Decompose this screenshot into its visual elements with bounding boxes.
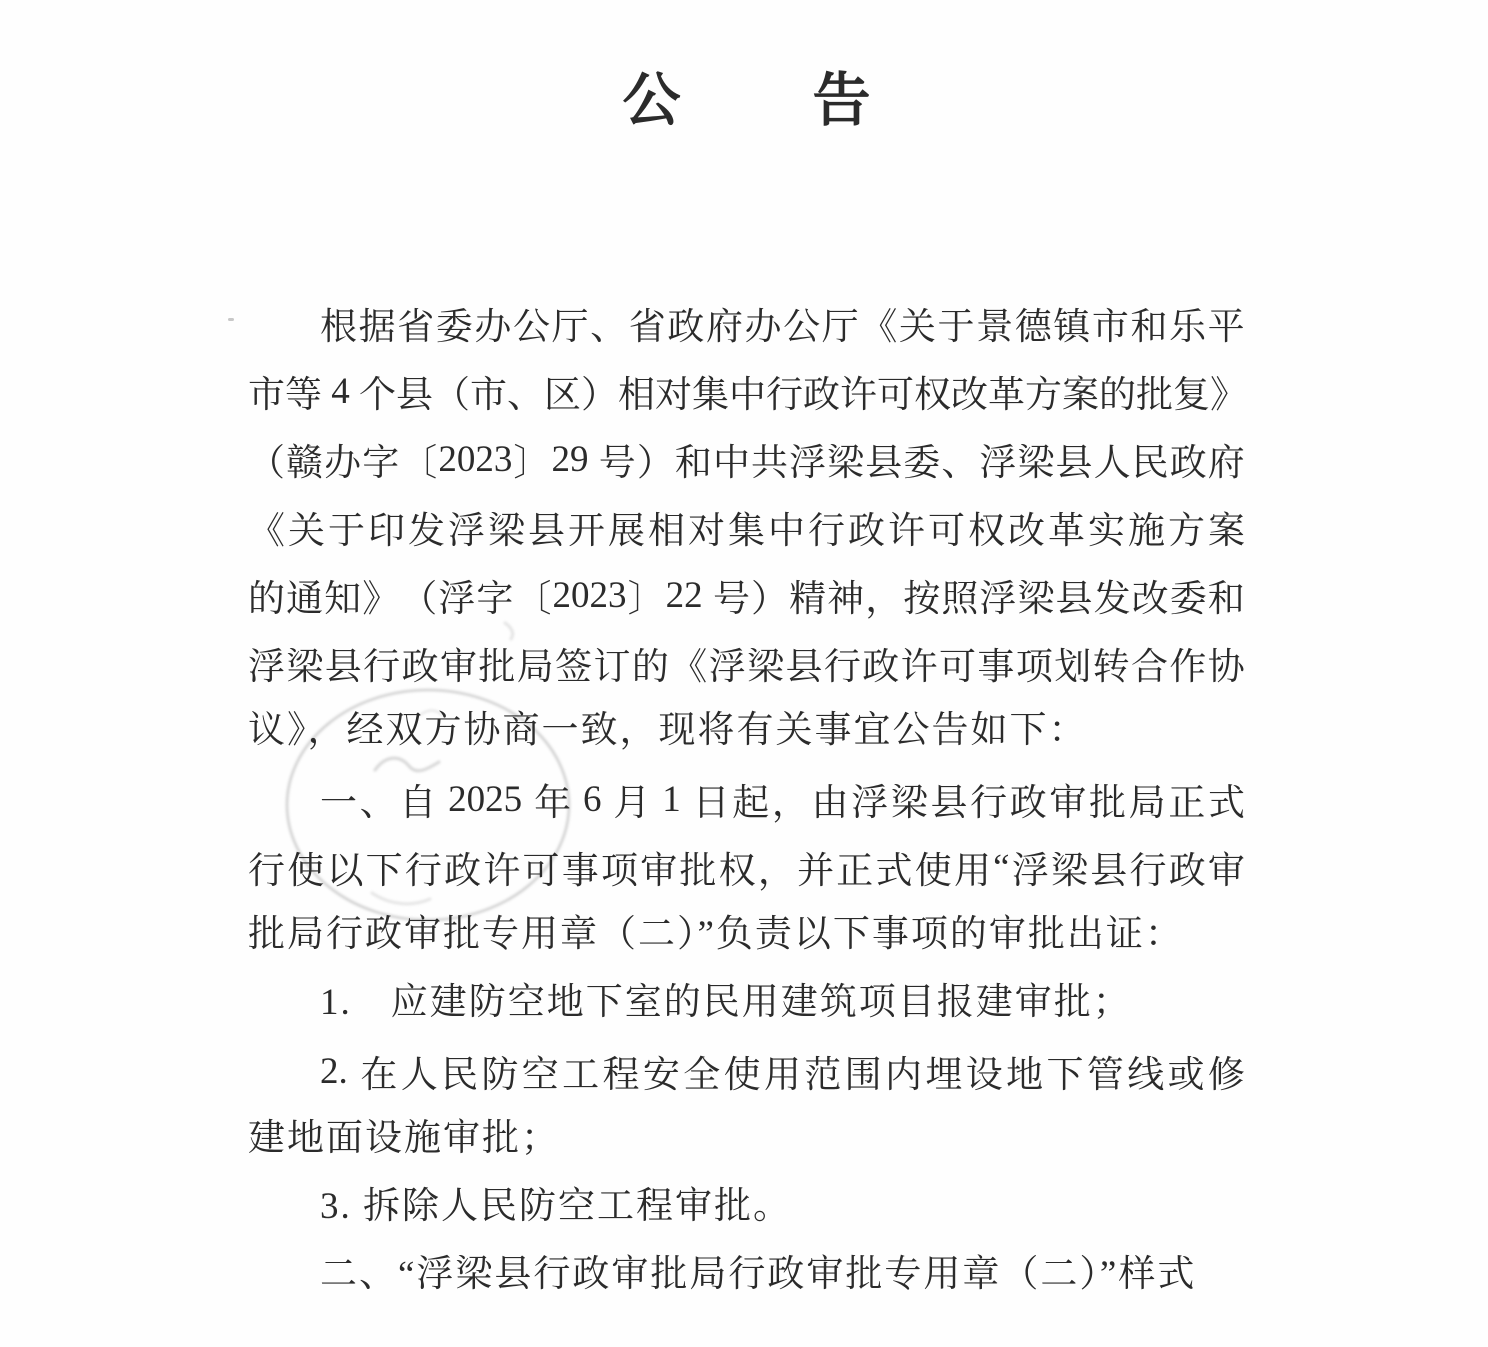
text-token: 县: [930, 772, 967, 826]
text-token: ）: [751, 568, 788, 622]
text-token: 一: [320, 772, 357, 826]
text-token: 行: [970, 772, 1007, 826]
text-token: 改: [951, 364, 988, 418]
text-token: 审: [440, 636, 477, 690]
text-token: 梁: [488, 500, 525, 554]
text-token: 人: [1094, 432, 1131, 486]
text-token: 景: [976, 296, 1013, 350]
text-token: 关: [288, 500, 325, 554]
text-token: 》: [1210, 364, 1247, 418]
text-token: 浮: [979, 432, 1016, 486]
text-line: 3. 拆除人民防空工程审批。: [248, 1173, 1245, 1241]
text-token: 平: [1208, 296, 1245, 350]
text-token: 梁: [1017, 432, 1054, 486]
text-token: 权: [719, 840, 756, 894]
text-token: 22: [666, 574, 712, 617]
text-token: 委: [903, 432, 940, 486]
text-token: 〔: [514, 568, 551, 622]
text-token: 防: [481, 1044, 518, 1098]
text-token: 公: [513, 296, 550, 350]
text-token: 审: [1049, 772, 1086, 826]
text-token: 用: [764, 1044, 801, 1098]
text-token: 相: [618, 364, 655, 418]
text-line: 的通知》（浮字〔2023〕22 号）精神，按照浮梁县发改委和: [248, 561, 1245, 629]
text-token: ）: [637, 432, 674, 486]
text-token: 公: [783, 296, 820, 350]
text-token: 县: [528, 500, 565, 554]
text-token: 县: [1056, 432, 1093, 486]
text-token: 实: [1088, 500, 1125, 554]
text-token: 案: [1062, 364, 1099, 418]
text-token: 对: [688, 500, 725, 554]
text-token: 许: [840, 364, 877, 418]
text-token: 许: [483, 840, 520, 894]
text-token: 政: [1170, 432, 1207, 486]
text-token: 办: [745, 296, 782, 350]
text-token: 乐: [1169, 296, 1206, 350]
text-token: 政: [402, 636, 439, 690]
text-token: 行: [824, 636, 861, 690]
text-token: 号: [713, 568, 750, 622]
text-token: 市: [1092, 296, 1129, 350]
text-token: 》: [362, 568, 399, 622]
text-token: 程: [603, 1044, 640, 1098]
text-token: 全: [683, 1044, 720, 1098]
text-token: 府: [1208, 432, 1245, 486]
text-token: 关: [899, 296, 936, 350]
document-body: 根据省委办公厅、省政府办公厅《关于景德镇市和乐平市等 4 个县（市、区）相对集中…: [248, 289, 1245, 1309]
text-token: 批: [478, 636, 515, 690]
text-token: 办: [474, 296, 511, 350]
text-line: 市等 4 个县（市、区）相对集中行政许可权改革方案的批复》: [248, 357, 1245, 425]
text-token: 用: [954, 840, 991, 894]
text-token: ）: [581, 364, 618, 418]
text-token: 批: [679, 840, 716, 894]
text-token: 月: [613, 772, 650, 826]
text-token: 和: [1130, 296, 1167, 350]
text-token: 个: [359, 364, 396, 418]
text-token: 29: [551, 438, 597, 481]
text-token: 权: [968, 500, 1005, 554]
text-token: 号: [599, 432, 636, 486]
text-token: 展: [608, 500, 645, 554]
text-token: 《: [860, 296, 897, 350]
text-line: 议》，经双方协商一致，现将有关事宜公告如下：: [248, 697, 1245, 765]
text-token: 2023: [553, 574, 627, 617]
page-title: 公 告: [248, 72, 1245, 130]
text-token: 围: [845, 1044, 882, 1098]
text-token: 梁: [1051, 840, 1088, 894]
text-token: 改: [1008, 500, 1045, 554]
text-token: 施: [1128, 500, 1165, 554]
text-token: 案: [1208, 500, 1245, 554]
text-token: 政: [803, 364, 840, 418]
text-token: 据: [359, 296, 396, 350]
text-token: 批: [1136, 364, 1173, 418]
text-token: 浮: [789, 432, 826, 486]
text-token: 合: [1131, 636, 1168, 690]
text-token: 许: [901, 636, 938, 690]
text-token: 方: [1168, 500, 1205, 554]
text-token: ，: [758, 840, 795, 894]
text-token: 以: [326, 840, 363, 894]
text-token: 梁: [1017, 568, 1054, 622]
text-token: （: [248, 432, 285, 486]
text-token: 浮: [979, 568, 1016, 622]
text-token: 局: [1129, 772, 1166, 826]
text-token: 发: [1094, 568, 1131, 622]
text-token: 审: [1208, 840, 1245, 894]
text-token: 改: [1132, 568, 1169, 622]
text-token: 可: [523, 840, 560, 894]
text-token: 开: [568, 500, 605, 554]
text-token: 市: [470, 364, 507, 418]
text-token: 县: [865, 432, 902, 486]
text-token: 字: [476, 568, 513, 622]
text-token: 划: [1054, 636, 1091, 690]
announcement-document: 公 告 根据省委办公厅、省政府办公厅《关于景德镇市和乐平市等 4 个县（市、区）…: [0, 0, 1488, 1347]
text-token: 作: [1169, 636, 1206, 690]
text-token: 6: [574, 778, 611, 821]
text-token: 由: [812, 772, 849, 826]
text-token: 德: [1015, 296, 1052, 350]
title-char: 公: [622, 72, 680, 130]
text-token: 县: [1056, 568, 1093, 622]
text-token: 审: [640, 840, 677, 894]
text-token: 政: [444, 840, 481, 894]
text-token: 空: [522, 1044, 559, 1098]
text-line: 行使以下行政许可事项审批权，并正式使用“浮梁县行政审: [248, 833, 1245, 901]
text-token: 县: [396, 364, 433, 418]
text-token: 行: [363, 636, 400, 690]
text-token: 、: [507, 364, 544, 418]
text-token: 使: [287, 840, 324, 894]
text-token: 革: [1048, 500, 1085, 554]
text-token: 工: [562, 1044, 599, 1098]
text-token: 的: [632, 636, 669, 690]
text-token: 事: [977, 636, 1014, 690]
text-token: 4: [322, 370, 359, 413]
text-token: 许: [888, 500, 925, 554]
text-token: 印: [368, 500, 405, 554]
text-token: 批: [1089, 772, 1126, 826]
text-token: 使: [915, 840, 952, 894]
text-token: 式: [876, 840, 913, 894]
text-token: 神: [827, 568, 864, 622]
text-token: 下: [1046, 1044, 1083, 1098]
text-token: 于: [938, 296, 975, 350]
text-token: 按: [903, 568, 940, 622]
text-token: 或: [1168, 1044, 1205, 1098]
text-token: 下: [366, 840, 403, 894]
text-token: 集: [692, 364, 729, 418]
text-token: 复: [1173, 364, 1210, 418]
text-token: 中: [768, 500, 805, 554]
text-token: 的: [248, 568, 285, 622]
text-token: 项: [601, 840, 638, 894]
text-token: 浮: [248, 636, 285, 690]
text-token: 政: [1169, 840, 1206, 894]
text-token: 区: [544, 364, 581, 418]
text-token: 共: [751, 432, 788, 486]
text-token: 、: [360, 772, 397, 826]
text-line: 1. 应建防空地下室的民用建筑项目报建审批；: [248, 969, 1245, 1037]
text-token: 和: [1208, 568, 1245, 622]
text-token: 等: [285, 364, 322, 418]
text-token: 项: [1016, 636, 1053, 690]
text-token: “: [993, 846, 1009, 889]
text-token: 浮: [448, 500, 485, 554]
text-token: 精: [789, 568, 826, 622]
text-line: 批局行政审批专用章（二）”负责以下事项的审批出证：: [248, 901, 1245, 969]
text-token: 行: [766, 364, 803, 418]
text-token: 民: [441, 1044, 478, 1098]
text-line: 2. 在人民防空工程安全使用范围内埋设地下管线或修: [248, 1037, 1245, 1105]
text-token: 可: [928, 500, 965, 554]
text-token: ，: [772, 772, 809, 826]
text-token: 对: [655, 364, 692, 418]
text-token: 字: [362, 432, 399, 486]
text-token: 浮: [851, 772, 888, 826]
text-token: 方: [1025, 364, 1062, 418]
text-token: 相: [648, 500, 685, 554]
text-token: 镇: [1053, 296, 1090, 350]
text-token: 发: [408, 500, 445, 554]
text-token: 中: [729, 364, 766, 418]
text-token: 中: [713, 432, 750, 486]
text-token: 政: [848, 500, 885, 554]
text-token: 事: [562, 840, 599, 894]
text-token: 县: [325, 636, 362, 690]
text-token: 行: [808, 500, 845, 554]
text-token: 的: [1099, 364, 1136, 418]
text-token: 在: [360, 1044, 397, 1098]
text-token: 安: [643, 1044, 680, 1098]
text-token: 权: [914, 364, 951, 418]
text-token: 浮: [1012, 840, 1049, 894]
text-token: 和: [675, 432, 712, 486]
text-token: 日: [693, 772, 730, 826]
text-token: 使: [724, 1044, 761, 1098]
text-token: （: [400, 568, 437, 622]
text-token: 通: [286, 568, 323, 622]
text-token: 起: [732, 772, 769, 826]
text-token: 管: [1087, 1044, 1124, 1098]
text-token: 浮: [438, 568, 475, 622]
text-token: 正: [836, 840, 873, 894]
text-token: 人: [401, 1044, 438, 1098]
text-token: 可: [939, 636, 976, 690]
title-char: 告: [813, 72, 871, 130]
text-token: 梁: [286, 636, 323, 690]
text-token: 线: [1127, 1044, 1164, 1098]
text-token: 市: [248, 364, 285, 418]
text-token: 《: [248, 500, 285, 554]
text-token: 2025: [439, 778, 532, 821]
text-token: 浮: [709, 636, 746, 690]
text-token: 设: [966, 1044, 1003, 1098]
text-token: 式: [1208, 772, 1245, 826]
text-line: 根据省委办公厅、省政府办公厅《关于景德镇市和乐平: [248, 289, 1245, 357]
text-token: 集: [728, 500, 765, 554]
text-token: 根: [320, 296, 357, 350]
text-token: 县: [1090, 840, 1127, 894]
text-token: 知: [324, 568, 361, 622]
text-token: 县: [785, 636, 822, 690]
text-token: 〔: [400, 432, 437, 486]
text-token: 、: [941, 432, 978, 486]
text-token: 正: [1168, 772, 1205, 826]
text-token: 〕: [628, 568, 665, 622]
text-token: 厅: [552, 296, 589, 350]
text-token: 民: [1132, 432, 1169, 486]
text-token: （: [433, 364, 470, 418]
text-token: 自: [399, 772, 436, 826]
text-token: 范: [804, 1044, 841, 1098]
text-token: 埋: [925, 1044, 962, 1098]
text-token: 《: [670, 636, 707, 690]
text-token: 省: [629, 296, 666, 350]
scan-speck: [228, 318, 234, 321]
text-token: 地: [1006, 1044, 1043, 1098]
text-token: 行: [405, 840, 442, 894]
text-token: 照: [941, 568, 978, 622]
text-token: 转: [1093, 636, 1130, 690]
text-token: 内: [885, 1044, 922, 1098]
text-token: 委: [436, 296, 473, 350]
text-token: 局: [517, 636, 554, 690]
text-token: 革: [988, 364, 1025, 418]
text-token: 协: [1208, 636, 1245, 690]
text-token: 办: [324, 432, 361, 486]
text-token: 政: [667, 296, 704, 350]
text-token: 、: [590, 296, 627, 350]
text-token: 并: [797, 840, 834, 894]
text-token: 修: [1208, 1044, 1245, 1098]
text-token: 政: [862, 636, 899, 690]
text-token: 2.: [320, 1050, 357, 1093]
text-token: 梁: [827, 432, 864, 486]
text-line: 一、自 2025 年 6 月 1 日起，由浮梁县行政审批局正式: [248, 765, 1245, 833]
text-token: 签: [555, 636, 592, 690]
text-token: 府: [706, 296, 743, 350]
text-token: 行: [1129, 840, 1166, 894]
text-token: 梁: [747, 636, 784, 690]
text-line: 浮梁县行政审批局签订的《浮梁县行政许可事项划转合作协: [248, 629, 1245, 697]
text-token: 赣: [286, 432, 323, 486]
text-line: （赣办字〔2023〕29 号）和中共浮梁县委、浮梁县人民政府: [248, 425, 1245, 493]
text-token: 厅: [822, 296, 859, 350]
text-line: 《关于印发浮梁县开展相对集中行政许可权改革实施方案: [248, 493, 1245, 561]
text-token: 1: [653, 778, 690, 821]
text-token: 年: [534, 772, 571, 826]
text-token: 〕: [513, 432, 550, 486]
text-token: 2023: [438, 438, 512, 481]
text-token: 委: [1170, 568, 1207, 622]
text-token: 订: [594, 636, 631, 690]
text-token: 梁: [891, 772, 928, 826]
text-line: 建地面设施审批；: [248, 1105, 1245, 1173]
text-token: 可: [877, 364, 914, 418]
text-token: 行: [248, 840, 285, 894]
text-token: 政: [1010, 772, 1047, 826]
text-line: 二、“浮梁县行政审批局行政审批专用章（二）”样式: [248, 1241, 1245, 1309]
text-token: 省: [397, 296, 434, 350]
text-token: 于: [328, 500, 365, 554]
text-token: ，: [865, 568, 902, 622]
